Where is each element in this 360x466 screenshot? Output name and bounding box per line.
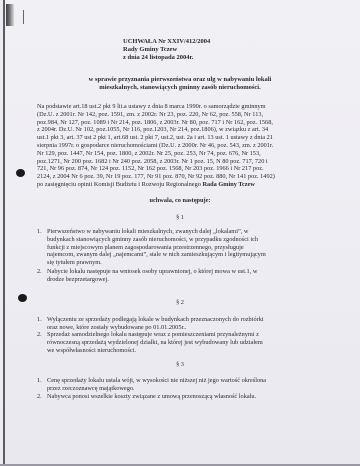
item-line: Sprzedaż samodzielnego lokalu następuje … (47, 331, 327, 339)
scan-shadow-mark (6, 4, 14, 26)
item-line: Cenę sprzedaży lokalu ustala wójt, w wys… (47, 377, 327, 385)
subject-line: mieszkalnych, stanowiących gminny zasób … (0, 84, 360, 92)
section-heading: § 2 (0, 299, 360, 307)
item-line: Pierwszeństwo w nabywaniu lokali mieszka… (47, 228, 327, 236)
section-item: 1. Cenę sprzedaży lokalu ustala wójt, w … (37, 377, 327, 393)
legal-basis-line: ust.1 pkt 3, art. 37 ust 2 pkt 1, art.68… (37, 134, 322, 142)
legal-basis-line: poz.984, Nr 127, poz. 1089 i Nr 214, poz… (37, 119, 322, 127)
item-line: budynkach stanowiących gminny zasób nier… (47, 236, 327, 244)
legal-basis-line: Na podstawie art.18 ust.2 pkt 9 lit.a us… (37, 103, 322, 111)
item-number: 2. (37, 331, 42, 339)
item-line: Nabywca ponosi wszelkie koszty związane … (47, 393, 327, 401)
legal-basis: Na podstawie art.18 ust.2 pkt 9 lit.a us… (37, 103, 322, 189)
item-number: 1. (37, 377, 42, 385)
section-heading: § 1 (0, 214, 360, 222)
legal-basis-line: (Dz.U. z 2001r. Nr 142, poz. 1591, zm. z… (37, 111, 322, 119)
item-line: drodze bezprzetargowej. (47, 276, 327, 284)
item-line: przez rzeczoznawcę majątkowego. (47, 385, 327, 393)
section-heading: § 3 (0, 361, 360, 369)
section-item: 1. Pierwszeństwo w nabywaniu lokali mies… (37, 228, 327, 268)
item-line: Nabycie lokalu następuje na wniosek osob… (47, 268, 327, 276)
subject-line: w sprawie przyznania pierwszeństwa oraz … (0, 76, 360, 84)
item-line: równoczesną sprzedażą wydzielonej działk… (47, 339, 327, 347)
resolves-heading: uchwala, co następuje: (0, 197, 360, 205)
item-line: we współwłasności nieruchomości. (47, 347, 327, 355)
legal-basis-text: po zasięgnięciu opinii Komisji Budżetu i… (37, 181, 202, 188)
resolution-issuer: Rady Gminy Tczew (0, 46, 360, 54)
legal-basis-line: po zasięgnięciu opinii Komisji Budżetu i… (37, 181, 322, 189)
legal-basis-line: sierpnia 1997r. o gospodarce nieruchomoś… (37, 142, 322, 150)
legal-basis-line: poz.1271, Nr 200 poz. 1682 i Nr 240 poz.… (37, 158, 322, 166)
resolution-subject: w sprawie przyznania pierwszeństwa oraz … (0, 76, 360, 93)
section-item: 2. Nabycie lokalu następuje na wniosek o… (37, 268, 327, 284)
legal-basis-line: 2124, z 2004 Nr 6 poz. 39, Nr 19 poz. 17… (37, 173, 322, 181)
section-item: 2. Sprzedaż samodzielnego lokalu następu… (37, 331, 327, 355)
section-item: 1. Wyłączeniu ze sprzedaży podlegają lok… (37, 316, 327, 332)
item-number: 2. (37, 393, 42, 401)
resolution-date: z dnia 24 listopada 2004r. (0, 54, 360, 62)
scan-tick-mark (23, 10, 24, 24)
council-name: Rada Gminy Tczew (202, 181, 254, 188)
legal-basis-line: z 2004r. Dz.U. Nr 102, poz.1055, Nr 116,… (37, 126, 322, 134)
document-header: UCHWAŁA Nr XXIV/412/2004 Rady Gminy Tcze… (0, 38, 360, 62)
item-line: Wyłączeniu ze sprzedaży podlegają lokale… (47, 316, 327, 324)
item-number: 1. (37, 316, 42, 324)
punch-hole-icon (16, 169, 25, 177)
resolution-title: UCHWAŁA Nr XXIV/412/2004 (0, 38, 360, 46)
item-number: 2. (37, 268, 42, 276)
legal-basis-line: Nr 129, poz. 1447, Nr 154, poz. 1800, z … (37, 150, 322, 158)
item-number: 1. (37, 228, 42, 236)
item-line: funkcji z miejscowym planem zagospodarow… (47, 244, 327, 252)
section-item: 2. Nabywca ponosi wszelkie koszty związa… (37, 393, 327, 401)
item-line: się tytułem prawnym. (47, 259, 327, 267)
item-line: najemcom, zwanym dalej „najemcami”, stal… (47, 251, 327, 259)
legal-basis-line: 721, Nr 96 poz. 874, Nr 124 poz. 1152, N… (37, 165, 322, 173)
